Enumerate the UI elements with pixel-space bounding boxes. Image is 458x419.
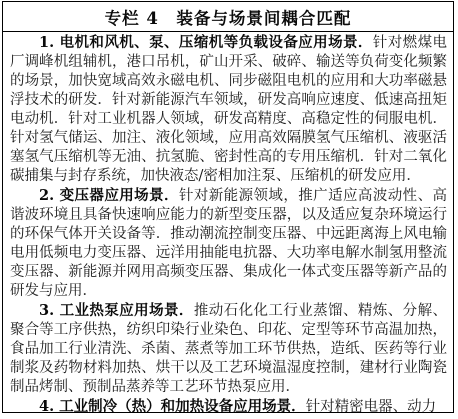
box-title: 专栏 4 装备与场景间耦合匹配 bbox=[3, 2, 453, 32]
paragraph-motors-heading: 1. 电机和风机、泵、压缩机等负载设备应用场景． bbox=[39, 34, 373, 51]
paragraph-transformers-text: 针对新能源领域，推广适应高波动性、高谐波环境且具备快速响应能力的新型变压器，以及… bbox=[10, 188, 447, 299]
paragraph-cooling-heating-heading: 4. 工业制冷（热）和加热设备应用场景． bbox=[39, 398, 306, 413]
paragraph-heat-pumps-heading: 3. 工业热泵应用场景． bbox=[39, 302, 194, 319]
paragraph-cooling-heating-text: 针对精密电器、动力 bbox=[306, 399, 437, 413]
paragraph-motors: 1. 电机和风机、泵、压缩机等负载设备应用场景．针对燃煤电厂调峰机组辅机，港口吊… bbox=[10, 33, 447, 186]
paragraph-heat-pumps: 3. 工业热泵应用场景．推动石化化工行业蒸馏、精炼、分解、聚合等工序供热，纺织印… bbox=[10, 301, 447, 397]
box-body: 1. 电机和风机、泵、压缩机等负载设备应用场景．针对燃煤电厂调峰机组辅机，港口吊… bbox=[3, 32, 453, 413]
paragraph-cooling-heating: 4. 工业制冷（热）和加热设备应用场景．针对精密电器、动力 bbox=[10, 397, 447, 413]
callout-box: 专栏 4 装备与场景间耦合匹配 1. 电机和风机、泵、压缩机等负载设备应用场景．… bbox=[2, 1, 454, 413]
paragraph-transformers: 2. 变压器应用场景．针对新能源领域，推广适应高波动性、高谐波环境且具备快速响应… bbox=[10, 186, 447, 301]
paragraph-transformers-heading: 2. 变压器应用场景． bbox=[39, 187, 179, 204]
paragraph-motors-text: 针对燃煤电厂调峰机组辅机，港口吊机，矿山开采、破碎、输送等负荷变化频繁的场景，加… bbox=[10, 35, 447, 184]
